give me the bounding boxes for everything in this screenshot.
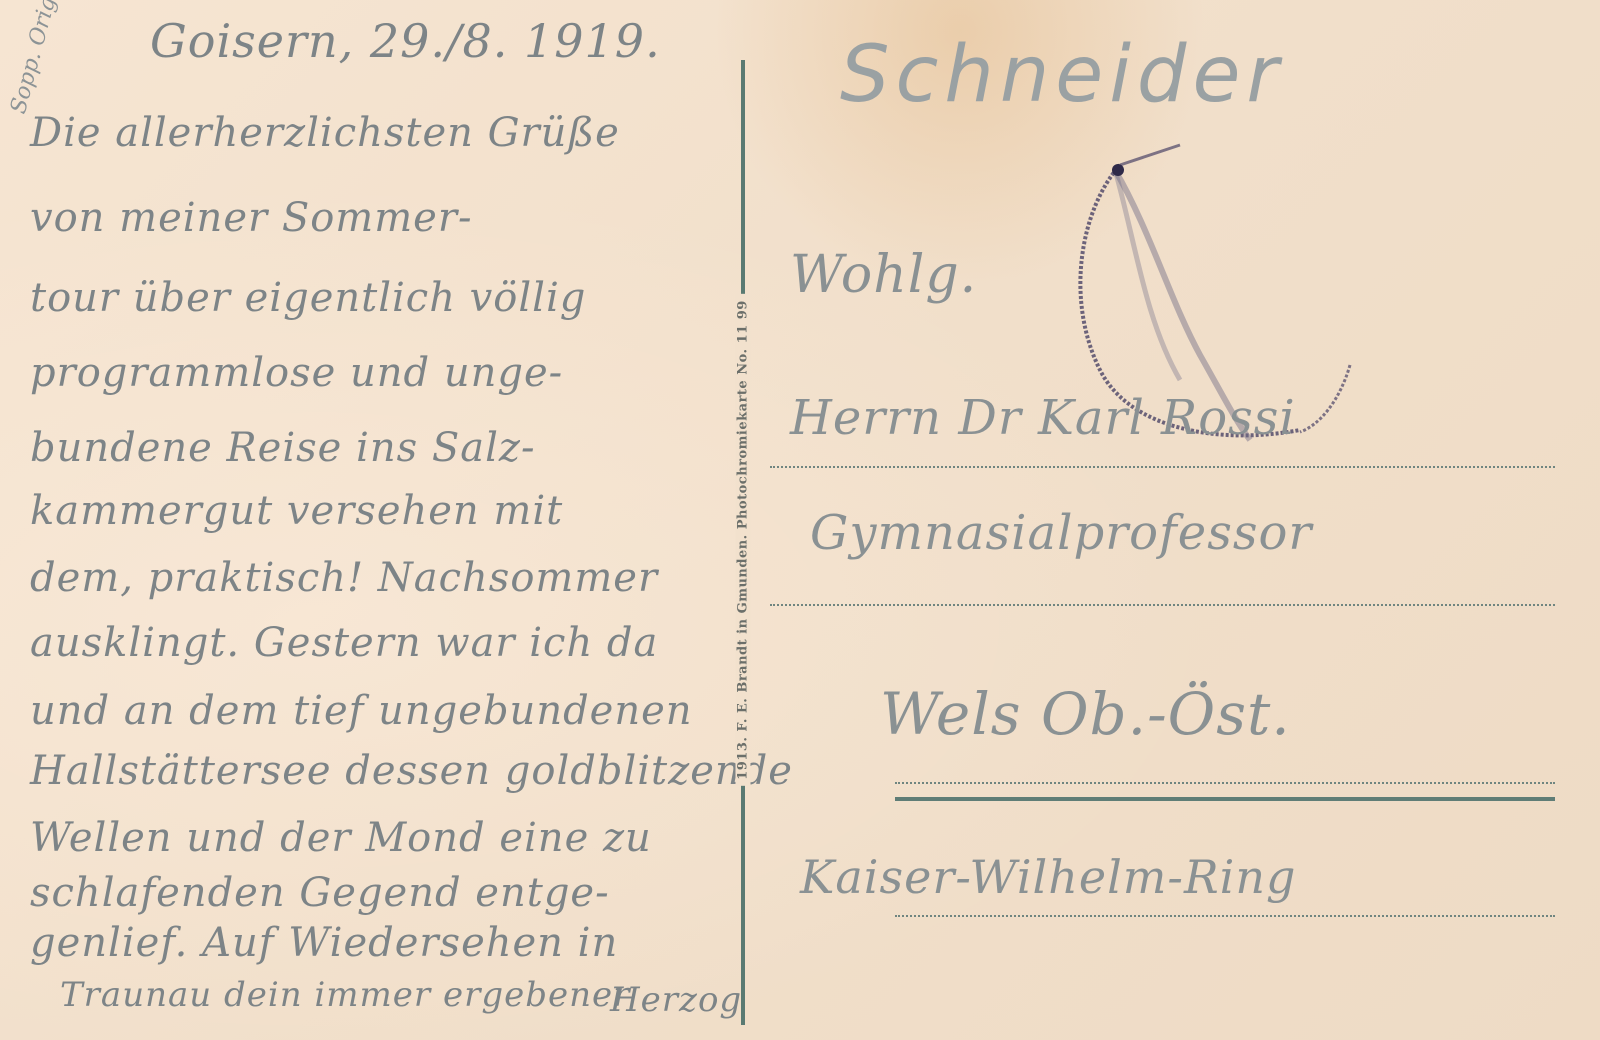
- address-line-4: [895, 915, 1555, 917]
- message-line: ausklingt. Gestern war ich da: [30, 620, 658, 666]
- message-line: Wellen und der Mond eine zu: [30, 815, 652, 861]
- address-underline: [895, 797, 1555, 801]
- pencil-annotation: Schneider: [840, 30, 1285, 120]
- address-name: Herrn Dr Karl Rossi: [790, 390, 1296, 446]
- address-street: Kaiser-Wilhelm-Ring: [800, 850, 1296, 904]
- message-line: von meiner Sommer-: [30, 195, 472, 241]
- address-line-1: [770, 466, 1555, 468]
- address-salutation: Wohlg.: [790, 245, 977, 305]
- message-line: Traunau dein immer ergebener: [60, 975, 630, 1015]
- address-line-2: [770, 604, 1555, 606]
- message-line: dem, praktisch! Nachsommer: [30, 555, 658, 601]
- message-line: schlafenden Gegend entge-: [30, 870, 610, 916]
- message-line: bundene Reise ins Salz-: [30, 425, 535, 471]
- place-date: Goisern, 29./8. 1919.: [150, 14, 661, 68]
- printer-imprint: 1913. F. E. Brandt in Gmunden. Photochro…: [736, 294, 751, 786]
- message-line: genlief. Auf Wiedersehen in: [30, 920, 618, 966]
- address-title: Gymnasialprofessor: [810, 505, 1312, 561]
- address-line-3: [895, 782, 1555, 784]
- message-line: tour über eigentlich völlig: [30, 275, 586, 321]
- message-line: kammergut versehen mit: [30, 488, 563, 534]
- signature: Herzog: [610, 980, 742, 1020]
- address-city: Wels Ob.-Öst.: [880, 680, 1291, 748]
- message-line: und an dem tief ungebundenen: [30, 688, 693, 734]
- margin-note: Sopp. Orig. O. u. ...: [6, 0, 86, 116]
- postcard-back: Schneider Sopp. Orig. O. u. ... Goisern,…: [0, 0, 1600, 1040]
- message-line: programmlose und unge-: [30, 350, 563, 396]
- message-line: Hallstättersee dessen goldblitzende: [30, 748, 793, 794]
- message-line: Die allerherzlichsten Grüße: [30, 110, 620, 156]
